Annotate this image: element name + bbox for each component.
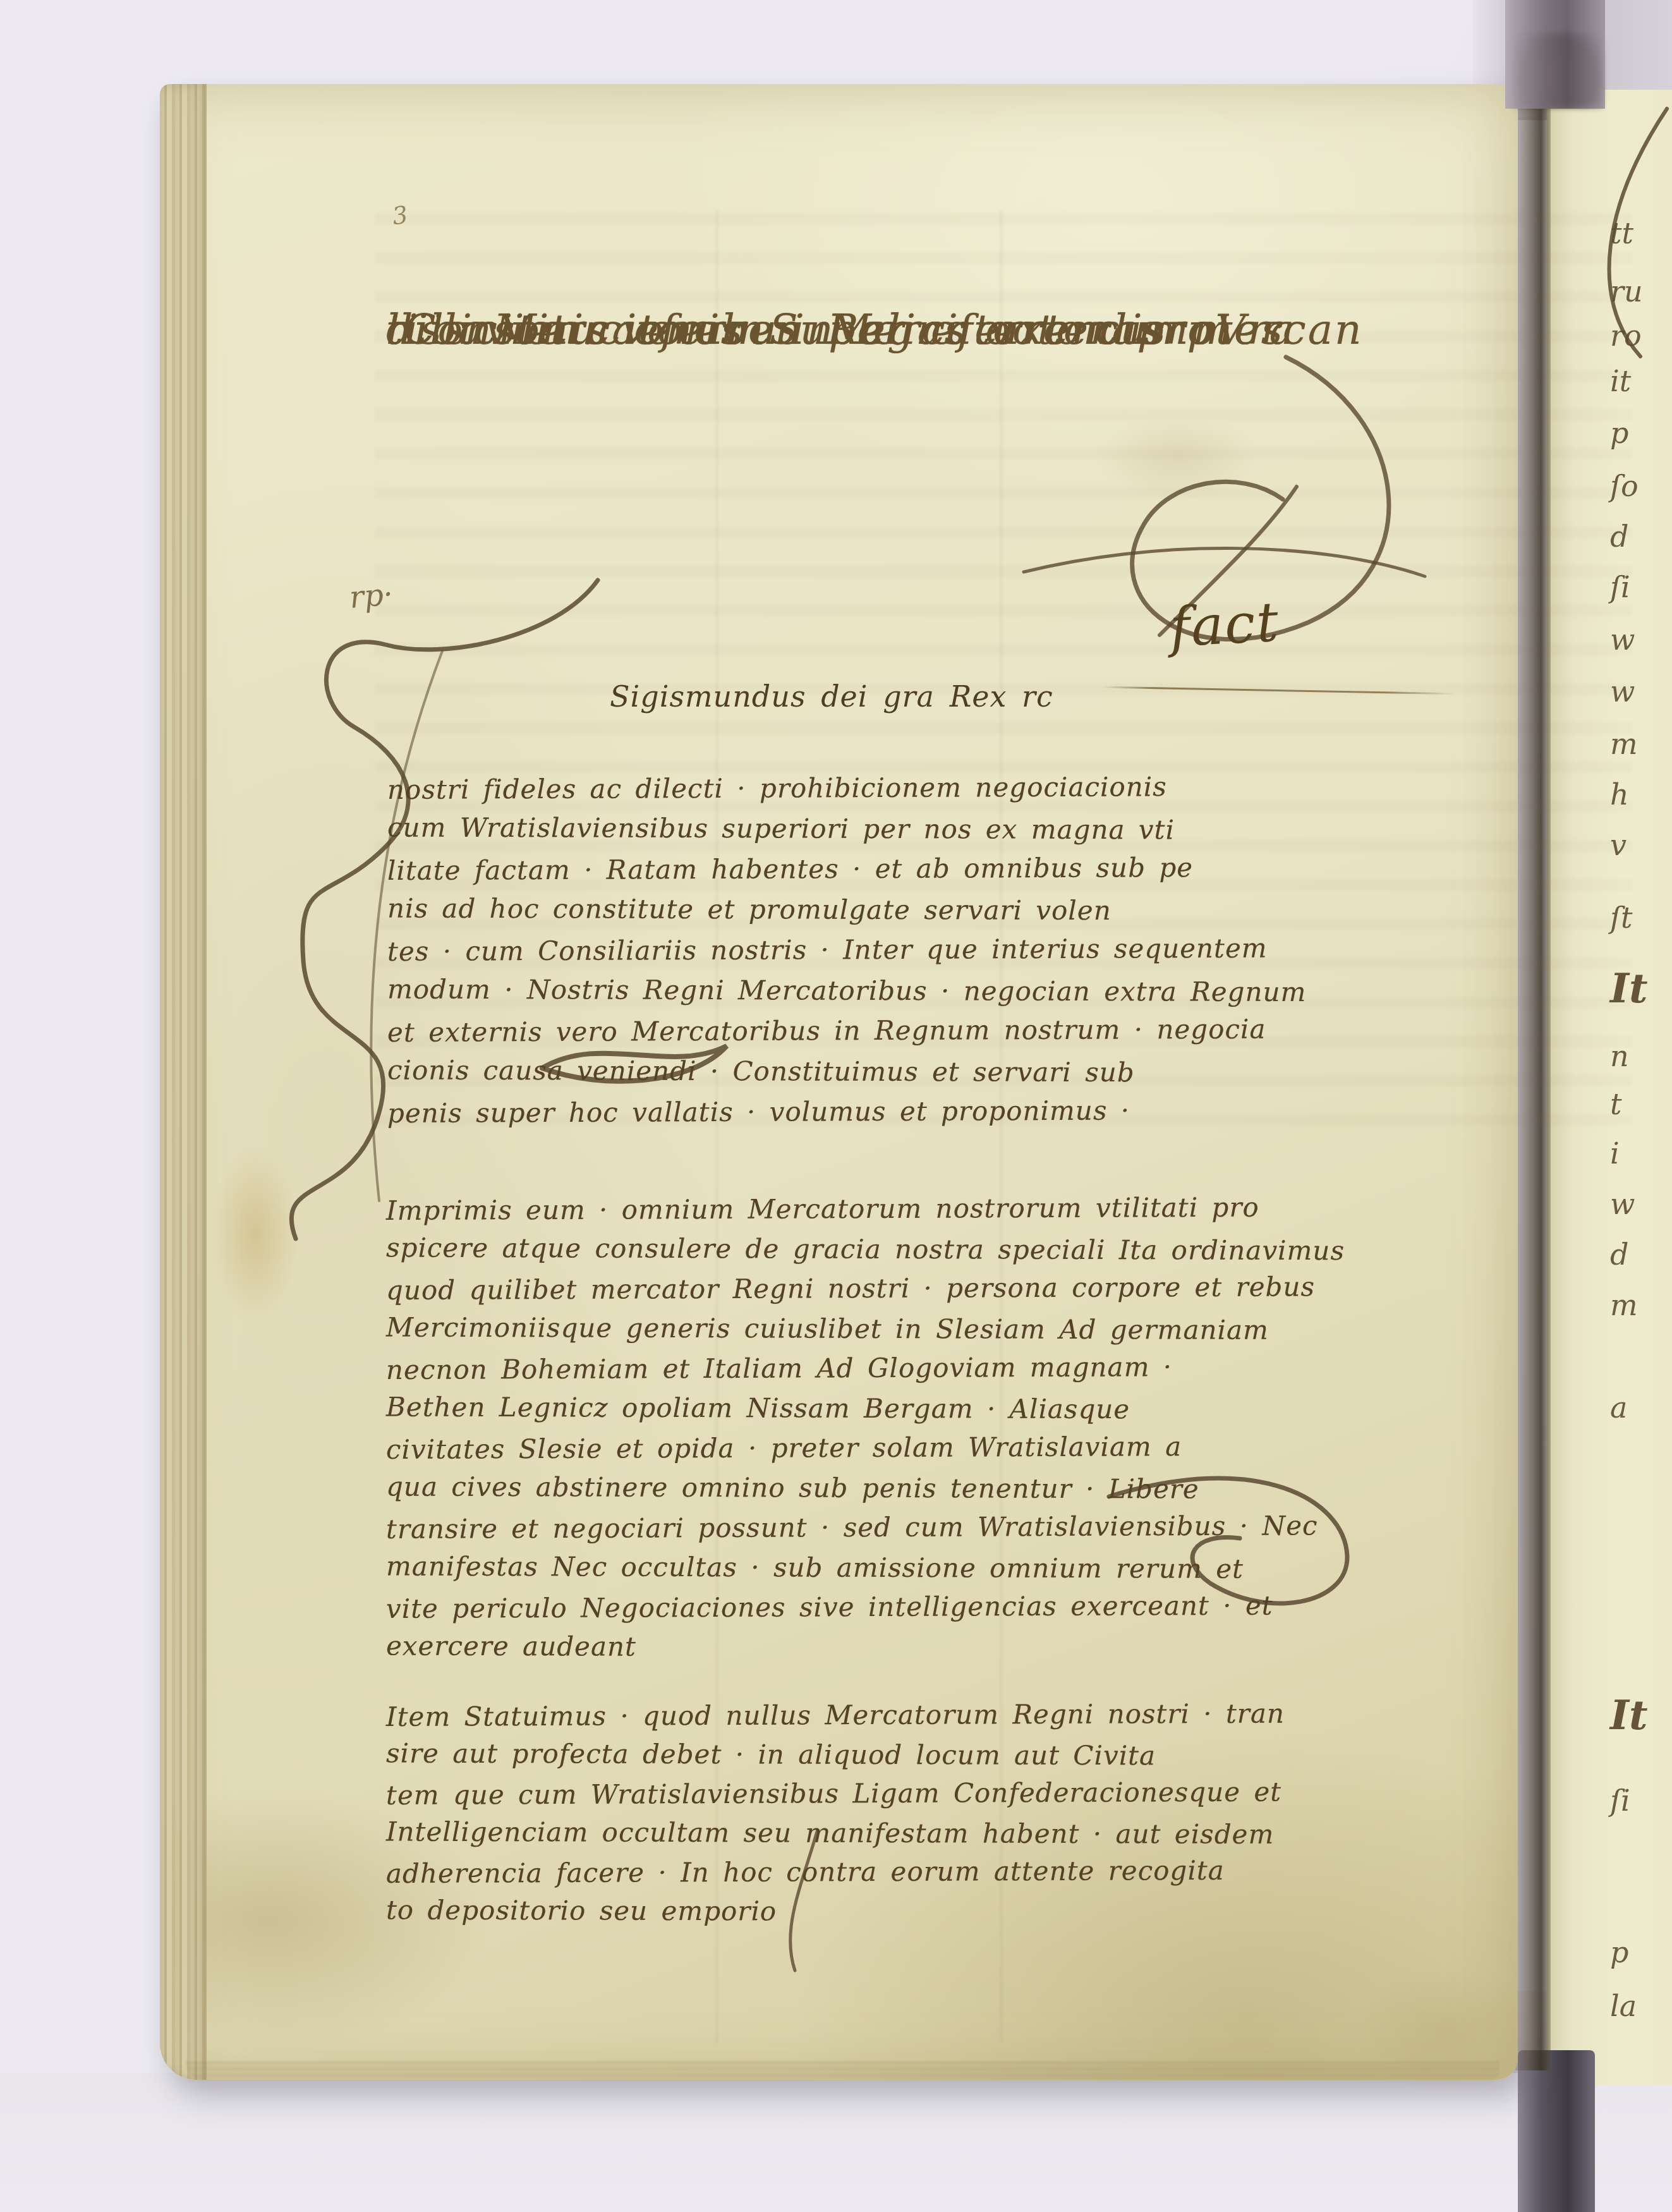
stain [1095, 413, 1259, 501]
text-line: cum Wratislaviensibus superiori per nos … [387, 808, 1373, 851]
salutation-line: Sigismundus dei gra Rex rc [610, 679, 1053, 714]
text-line: Bethen Legnicz opoliam Nissam Bergam · A… [386, 1387, 1372, 1430]
text-line: sire aut profecta debet · in aliquod loc… [386, 1734, 1372, 1777]
manuscript-photo: tt ru ro it p ſo d ſi w w m h v ſt It n … [0, 0, 1672, 2212]
page-edge-stack-bottom [185, 2061, 1499, 2080]
text-line: nis ad hoc constitute et promulgate serv… [387, 889, 1373, 932]
facing-page-text-fragment: ſi [1610, 1784, 1672, 1818]
heading-line: tislavien. verum in alias exteras ptes [386, 294, 1285, 365]
facing-page-text-fragment: i [1610, 1136, 1672, 1170]
text-line: to depositorio seu emporio [386, 1891, 1372, 1933]
glass-rod-bottom [1518, 2050, 1595, 2212]
text-line: vite periculo Negociaciones sive intelli… [386, 1585, 1372, 1629]
text-line: et externis vero Mercatoribus in Regnum … [387, 1009, 1373, 1053]
text-line: Mercimoniisque generis cuiuslibet in Sle… [386, 1308, 1372, 1351]
facing-page-text-fragment: m [1610, 1288, 1672, 1322]
text-line: cionis causa veniendi · Constituimus et … [387, 1050, 1373, 1094]
text-line: litate factam · Ratam habentes · et ab o… [387, 847, 1373, 891]
text-line: quod quilibet mercator Regni nostri · pe… [386, 1267, 1372, 1310]
facing-page-text-fragment: d [1610, 1237, 1672, 1272]
paragraph-2: Imprimis eum · omnium Mercatorum nostror… [386, 1189, 1372, 1667]
text-line: Intelligenciam occultam seu manifestam h… [386, 1813, 1372, 1855]
margin-annotation: rp· [348, 576, 395, 616]
text-line: civitates Slesie et opida · preter solam… [386, 1426, 1372, 1469]
stain [1354, 1967, 1544, 2094]
text-line: transire et negociari possunt · sed cum … [386, 1505, 1372, 1549]
text-line: manifestas Nec occultas · sub amissione … [386, 1547, 1372, 1589]
backdrop-bottom [0, 2073, 1672, 2212]
text-line: Item Statuimus · quod nullus Mercatorum … [386, 1694, 1372, 1737]
facing-page-text-fragment: It [1610, 1692, 1672, 1739]
text-line: Imprimis eum · omnium Mercatorum nostror… [386, 1187, 1372, 1231]
text-line: necnon Bohemiam et Italiam Ad Glogoviam … [386, 1346, 1372, 1390]
heading-note: fact [1168, 591, 1281, 660]
text-line: qua cives abstinere omnino sub penis ten… [386, 1467, 1372, 1510]
facing-page-text-fragment: la [1610, 1989, 1672, 2023]
text-line: tes · cum Consiliariis nostris · Inter q… [387, 928, 1373, 972]
facing-page-text-fragment: p [1610, 1935, 1672, 1969]
manuscript-page: 3 Constituciones Super eferrendis mercan… [160, 84, 1518, 2080]
paragraph-3: Item Statuimus · quod nullus Mercatorum … [386, 1696, 1372, 1931]
paragraph-1: nostri fideles ac dilecti · prohibicione… [387, 768, 1373, 1132]
text-line: spicere atque consulere de gracia nostra… [386, 1228, 1372, 1271]
text-line: modum · Nostris Regni Mercatoribus · neg… [387, 969, 1373, 1013]
facing-page-text-fragment: a [1610, 1390, 1672, 1425]
facing-page-text-fragment: w [1610, 1187, 1672, 1221]
text-line: nostri fideles ac dilecti · prohibicione… [387, 766, 1373, 810]
text-line: tem que cum Wratislaviensibus Ligam Conf… [386, 1772, 1372, 1815]
page-edge-stack-left [160, 84, 207, 2080]
text-line: penis super hoc vallatis · volumus et pr… [387, 1090, 1373, 1134]
text-line: exercere audeant [386, 1626, 1372, 1669]
text-line: adherencia facere · In hoc contra eorum … [386, 1850, 1372, 1893]
glass-rod-top [1505, 0, 1605, 109]
stain [210, 1146, 299, 1323]
